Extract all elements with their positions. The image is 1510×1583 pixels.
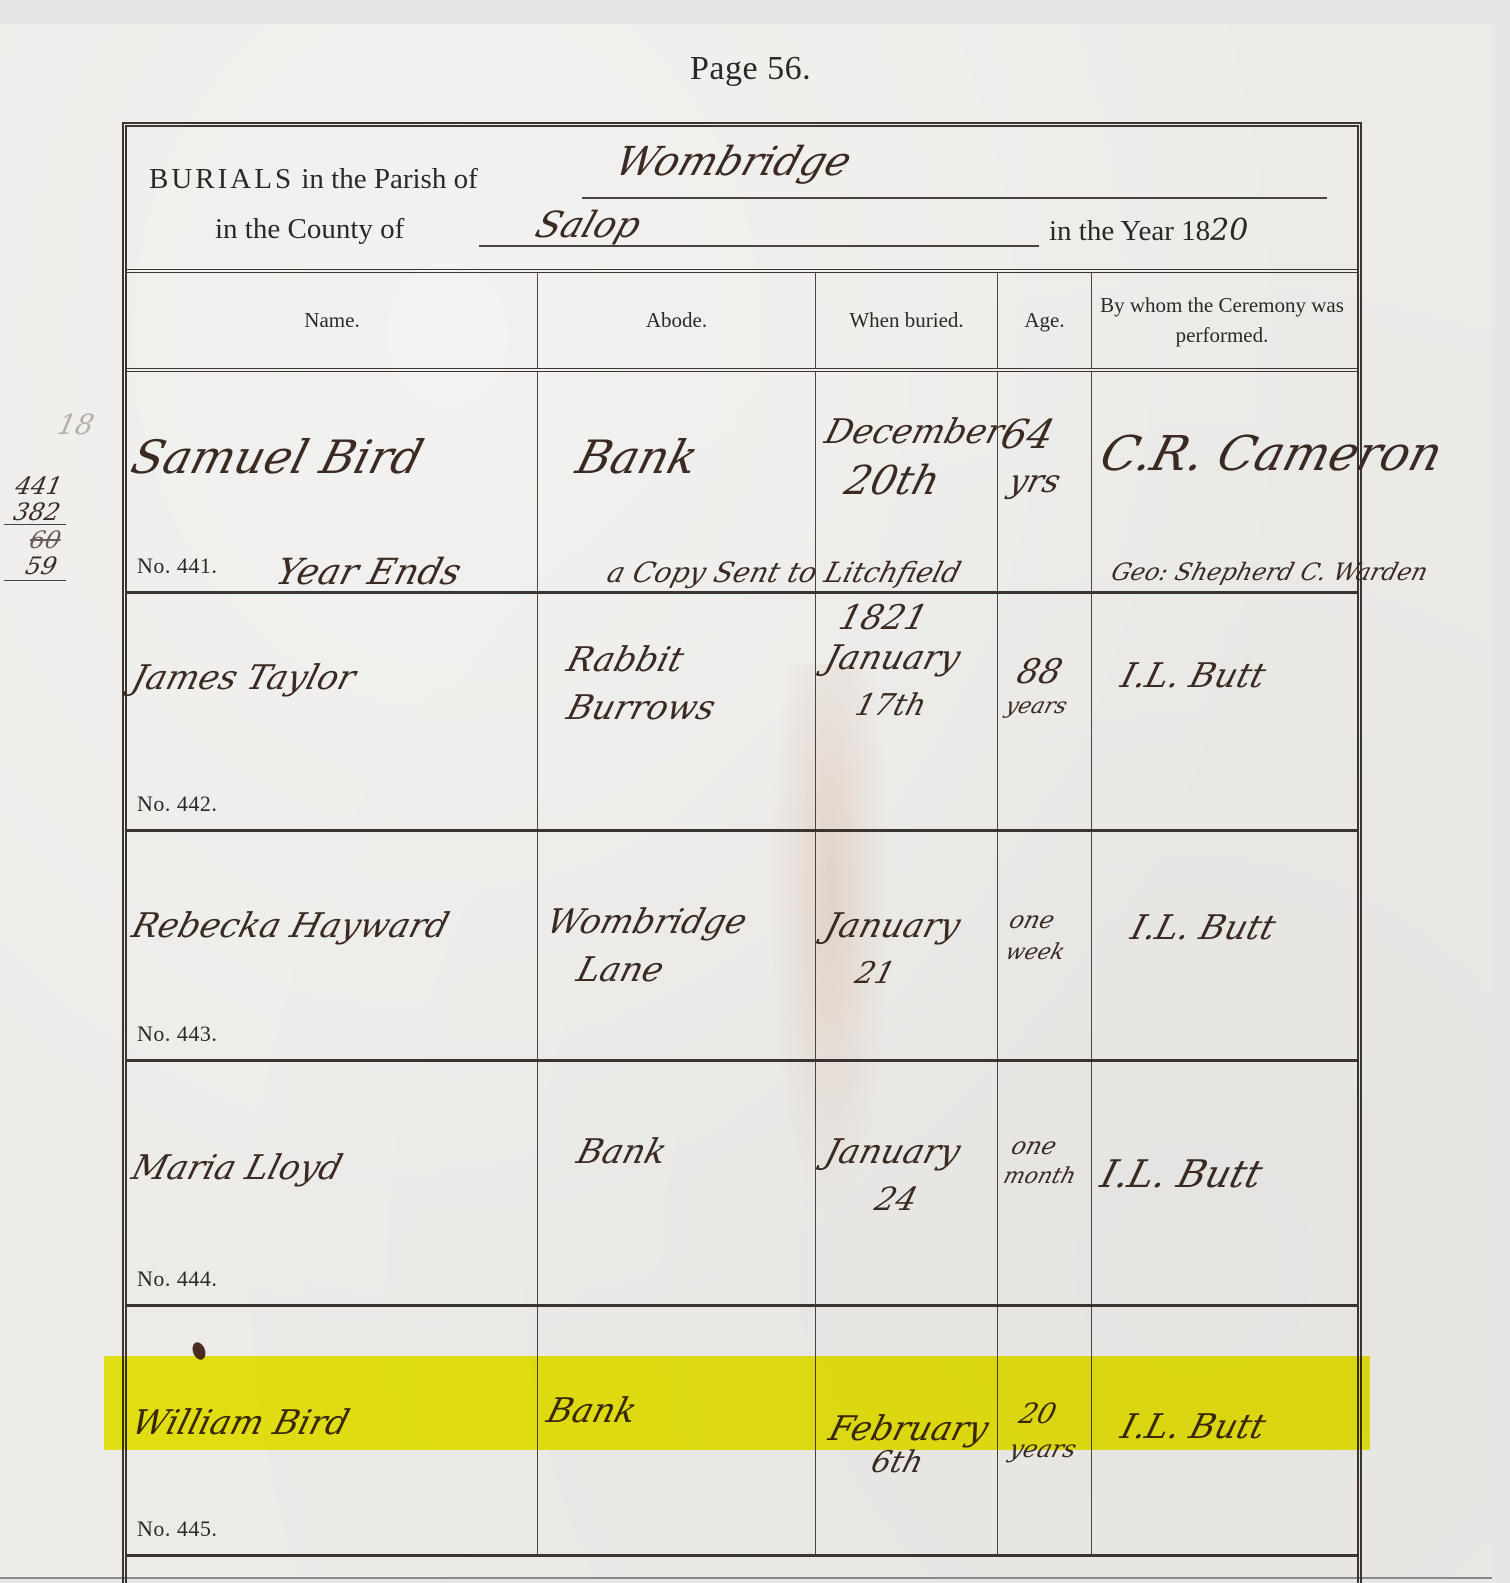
entry-number: No. 442. <box>137 791 217 817</box>
cell-abode: Wombridge Lane <box>538 832 816 1059</box>
entry-year: 1821 <box>835 598 932 638</box>
cell-age: 88 years <box>998 594 1092 829</box>
cell-age: 20 years <box>998 1307 1092 1554</box>
entry-month: December <box>821 412 1009 452</box>
entry-name: William Bird <box>128 1403 354 1443</box>
entry-age-unit: yrs <box>1005 462 1065 500</box>
title-line-parish: BURIALS in the Parish of <box>149 163 478 196</box>
entry-number: No. 441. <box>137 553 217 579</box>
cell-name: Maria Lloyd No. 444. <box>127 1062 538 1304</box>
cell-name: Samuel Bird No. 441. Year Ends <box>127 372 538 591</box>
entry-number: No. 445. <box>137 1516 217 1542</box>
warden-note: Geo: Shepherd C. Warden <box>1108 558 1431 586</box>
entry-name: Samuel Bird <box>126 430 429 484</box>
entry-day: 6th <box>867 1445 927 1480</box>
register-row-441: Samuel Bird No. 441. Year Ends Bank a Co… <box>127 372 1357 594</box>
entry-name: James Taylor <box>128 658 360 698</box>
margin-tally-59: 59 <box>23 552 59 580</box>
entry-age: 64 <box>996 412 1059 458</box>
register-row-444: Maria Lloyd No. 444. Bank January 24 one… <box>127 1062 1357 1307</box>
entry-officiant: C.R. Cameron <box>1094 426 1448 482</box>
county-value: Salop <box>530 205 646 246</box>
entry-officiant: I.L. Butt <box>1117 1407 1270 1447</box>
entry-month: January <box>821 638 965 678</box>
entry-age: 88 <box>1013 652 1067 692</box>
column-header-when-buried: When buried. <box>816 272 998 368</box>
entry-age-unit: week <box>1003 940 1068 965</box>
entry-name: Maria Lloyd <box>128 1148 347 1188</box>
column-header-officiant: By whom the Ceremony was performed. <box>1092 272 1352 368</box>
entry-officiant: I.L. Butt <box>1127 908 1280 948</box>
margin-faint-mark: 18 <box>54 408 97 441</box>
column-header-name: Name. <box>127 272 538 368</box>
entry-age: 20 <box>1016 1397 1060 1430</box>
entry-day: 20th <box>840 458 945 504</box>
year-label: in the Year <box>1049 215 1174 247</box>
burials-heading: BURIALS <box>149 163 294 195</box>
cell-abode: Bank <box>538 1307 816 1554</box>
page-number: Page 56. <box>690 50 811 88</box>
entry-age-unit: month <box>1001 1164 1079 1189</box>
entry-abode: Bank <box>573 1132 671 1172</box>
entry-officiant: I.L. Butt <box>1117 656 1270 696</box>
cell-officiant: I.L. Butt <box>1092 832 1352 1059</box>
entry-month: January <box>821 1132 965 1172</box>
cell-officiant: I.L. Butt <box>1092 1062 1352 1304</box>
year-ends-note: Year Ends <box>272 552 466 593</box>
title-block: BURIALS in the Parish of Wombridge in th… <box>127 127 1357 273</box>
entry-month: January <box>821 906 965 946</box>
cell-age: one week <box>998 832 1092 1059</box>
entry-name: Rebecka Hayward <box>128 906 454 946</box>
margin-tally-382: 382 <box>11 498 63 526</box>
margin-tally-441: 441 <box>13 472 65 500</box>
margin-tally-struck: 60 <box>27 526 63 554</box>
cell-name: William Bird No. 445. <box>127 1307 538 1554</box>
cell-officiant: C.R. Cameron Geo: Shepherd C. Warden <box>1092 372 1352 591</box>
entry-day: 17th <box>851 688 930 723</box>
entry-age-unit: years <box>1006 1435 1079 1463</box>
entry-abode-line1: Rabbit <box>563 640 688 680</box>
entry-abode-line2: Lane <box>573 950 669 990</box>
cell-abode: Bank a Copy Sent to Litchfield <box>538 372 816 591</box>
cell-when-buried: December 20th <box>816 372 998 591</box>
cell-officiant: I.L. Butt <box>1092 1307 1352 1554</box>
entry-number: No. 443. <box>137 1021 217 1047</box>
county-label: in the County of <box>215 213 404 246</box>
entry-abode: Bank <box>571 430 704 484</box>
cell-abode: Rabbit Burrows <box>538 594 816 829</box>
cell-when-buried: 1821 January 17th <box>816 594 998 829</box>
parish-label: in the Parish of <box>301 163 477 195</box>
entry-number: No. 444. <box>137 1266 217 1292</box>
column-header-age: Age. <box>998 272 1092 368</box>
entry-abode-line2: Burrows <box>563 688 720 728</box>
entry-age: one <box>1008 1132 1060 1160</box>
entry-day: 21 <box>851 956 899 991</box>
cell-when-buried: January 21 <box>816 832 998 1059</box>
parish-fill-line <box>582 197 1327 199</box>
entry-abode: Bank <box>543 1391 641 1431</box>
entry-age-unit: years <box>1003 694 1070 719</box>
entry-day: 24 <box>871 1180 922 1218</box>
cell-name: Rebecka Hayward No. 443. <box>127 832 538 1059</box>
register-frame: BURIALS in the Parish of Wombridge in th… <box>122 122 1362 1583</box>
entry-month: February <box>825 1409 993 1449</box>
cell-when-buried: January 24 <box>816 1062 998 1304</box>
register-row-445: William Bird No. 445. Bank February 6th … <box>127 1307 1357 1557</box>
cell-age: one month <box>998 1062 1092 1304</box>
cell-abode: Bank <box>538 1062 816 1304</box>
entry-abode-line1: Wombridge <box>543 902 752 942</box>
register-row-442: James Taylor No. 442. Rabbit Burrows 182… <box>127 594 1357 832</box>
margin-rule <box>4 524 66 525</box>
year-line: in the Year 1820 <box>1049 213 1248 248</box>
cell-officiant: I.L. Butt <box>1092 594 1352 829</box>
register-row-443: Rebecka Hayward No. 443. Wombridge Lane … <box>127 832 1357 1062</box>
register-page: Page 56. 18 441 382 60 59 BURIALS in the… <box>0 24 1492 1579</box>
year-handwritten: 20 <box>1210 213 1248 248</box>
column-header-abode: Abode. <box>538 272 816 368</box>
entry-age: one <box>1006 906 1058 934</box>
cell-age: 64 yrs <box>998 372 1092 591</box>
year-printed: 18 <box>1181 215 1210 247</box>
cell-when-buried: February 6th <box>816 1307 998 1554</box>
margin-rule <box>4 580 66 581</box>
column-header-row: Name. Abode. When buried. Age. By whom t… <box>127 272 1357 372</box>
parish-value: Wombridge <box>610 139 858 185</box>
cell-name: James Taylor No. 442. <box>127 594 538 829</box>
entry-officiant: I.L. Butt <box>1096 1152 1267 1196</box>
